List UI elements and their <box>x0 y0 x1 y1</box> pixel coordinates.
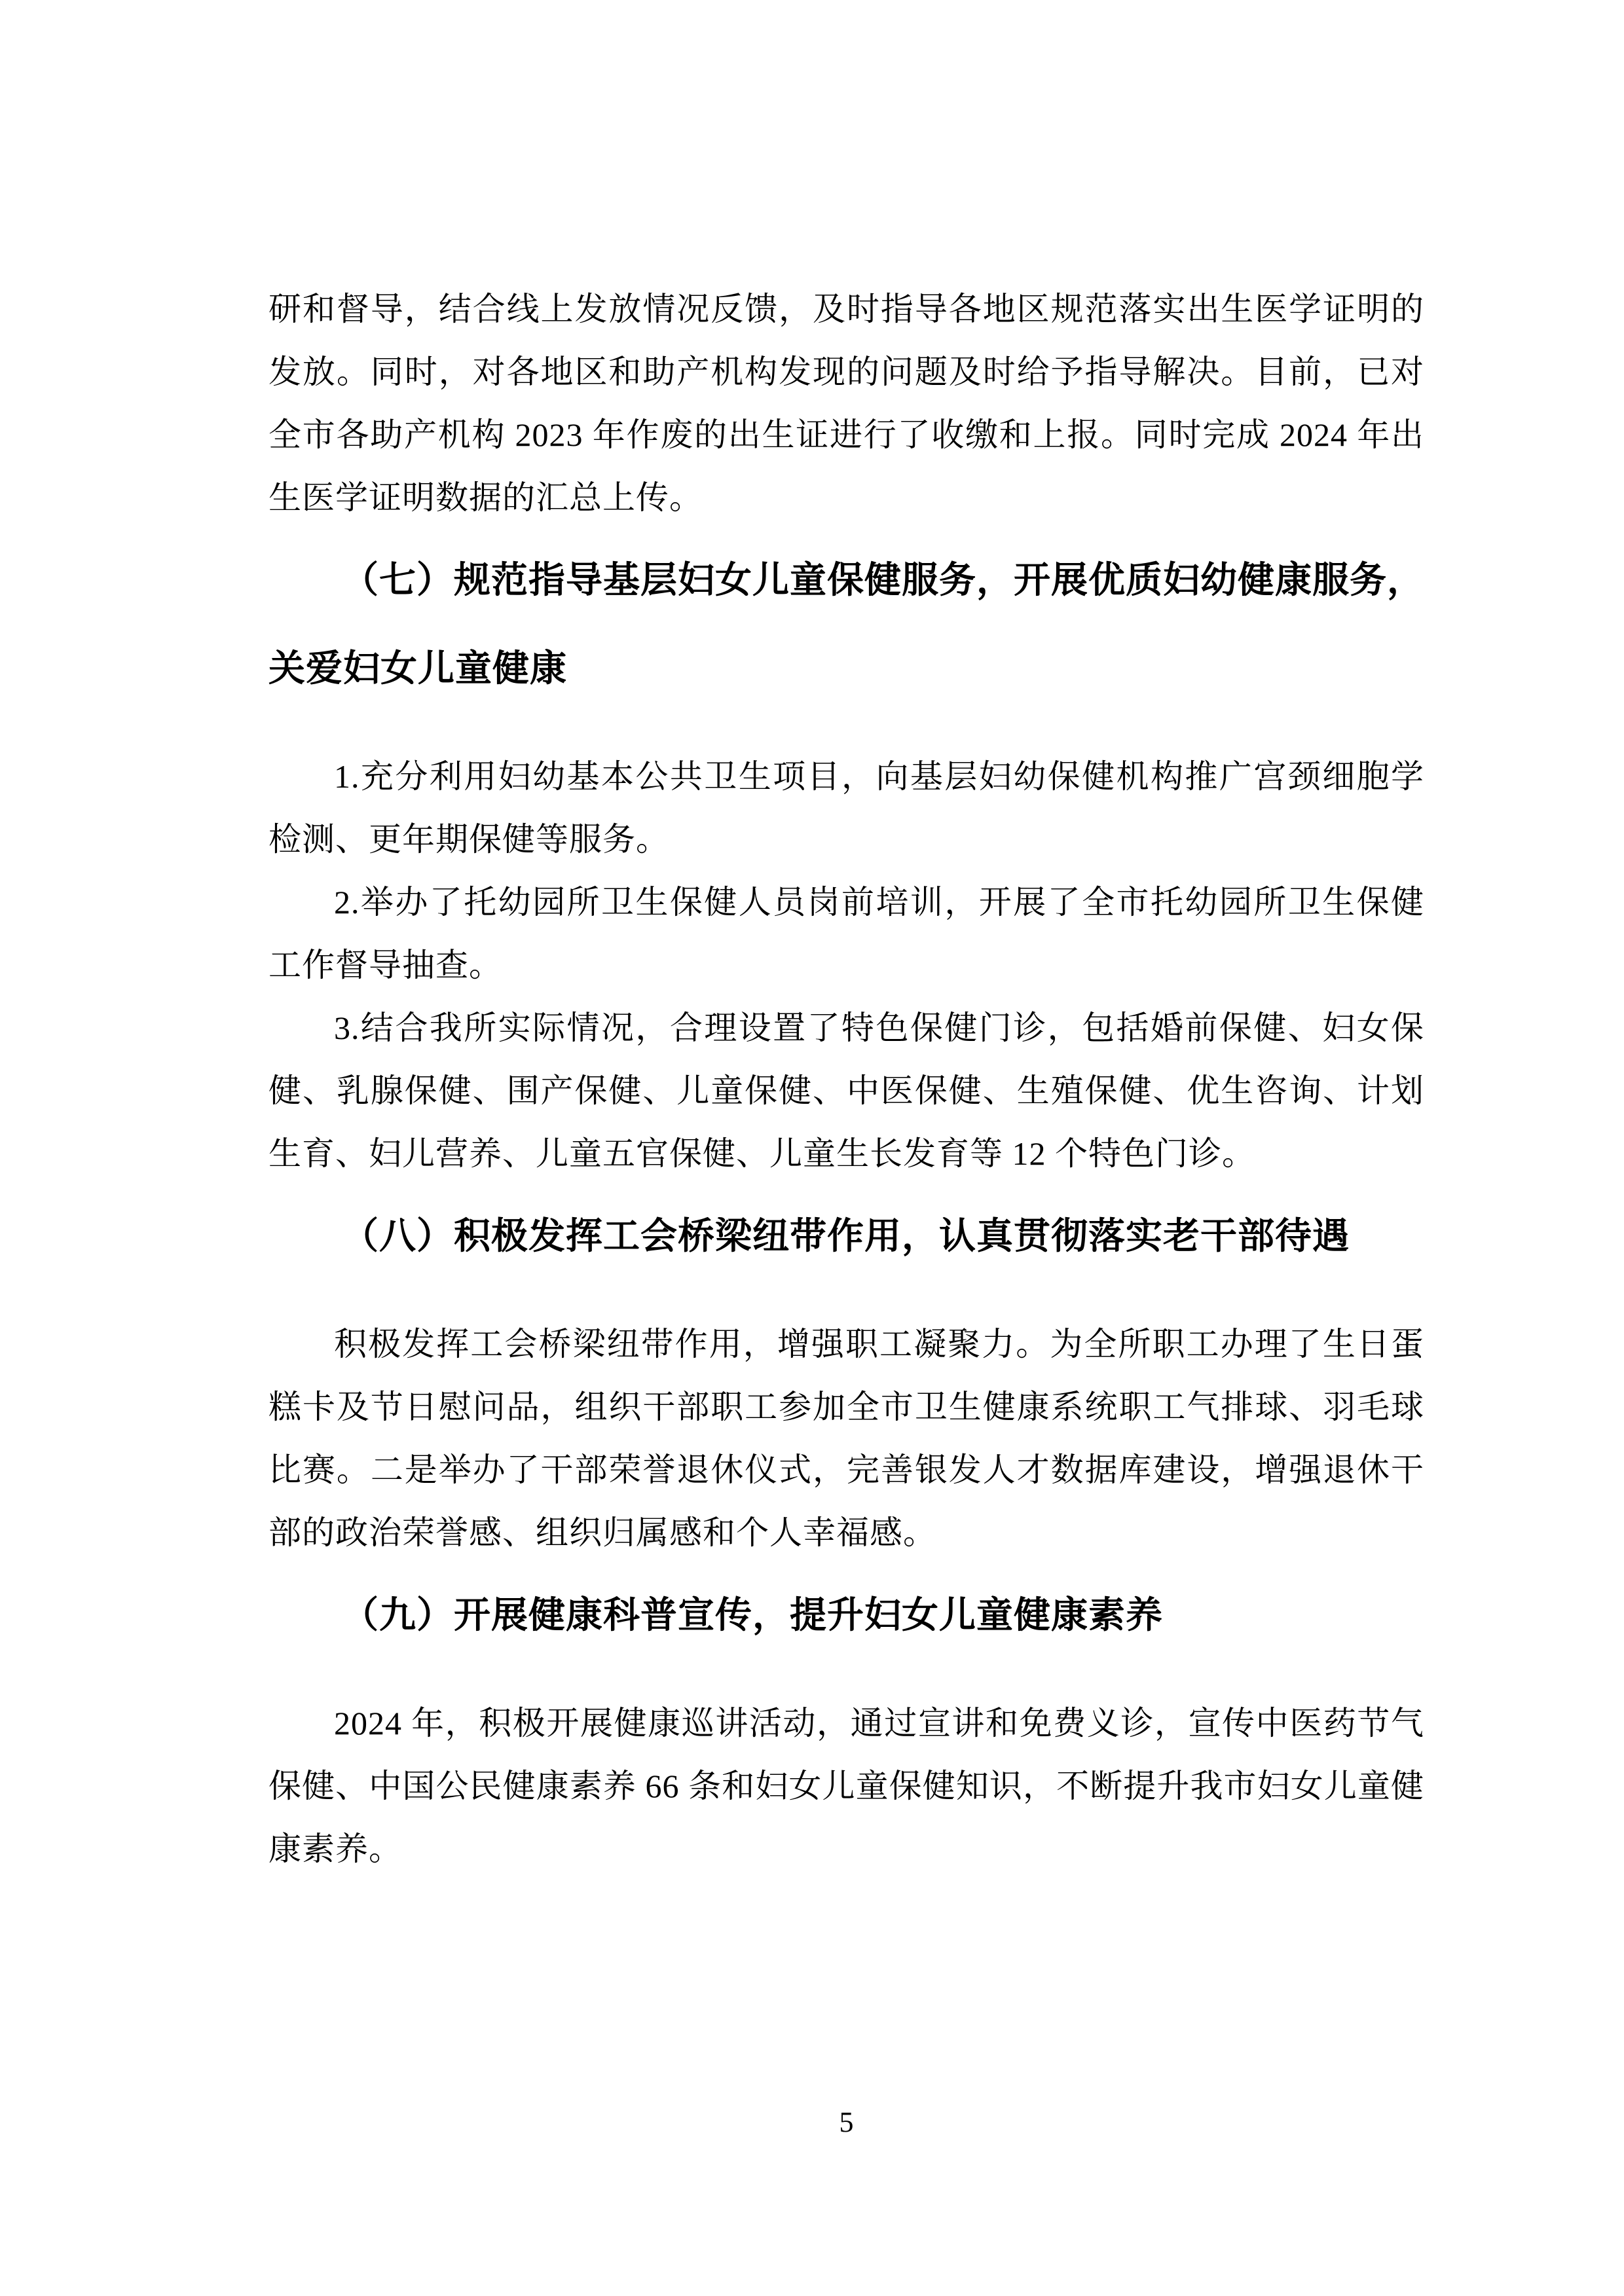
document-body: 研和督导，结合线上发放情况反馈，及时指导各地区规范落实出生医学证明的发放。同时，… <box>268 278 1424 1880</box>
paragraph-8-body: 积极发挥工会桥梁纽带作用，增强职工凝聚力。为全所职工办理了生日蛋糕卡及节日慰问品… <box>268 1313 1424 1564</box>
document-page: 研和督导，结合线上发放情况反馈，及时指导各地区规范落实出生医学证明的发放。同时，… <box>0 0 1624 2296</box>
paragraph-9-body: 2024 年，积极开展健康巡讲活动，通过宣讲和免费义诊，宣传中医药节气保健、中国… <box>268 1692 1424 1880</box>
paragraph-7-item-1: 1.充分利用妇幼基本公共卫生项目，向基层妇幼保健机构推广宫颈细胞学检测、更年期保… <box>268 745 1424 871</box>
paragraph-7-item-3: 3.结合我所实际情况，合理设置了特色保健门诊，包括婚前保健、妇女保健、乳腺保健、… <box>268 996 1424 1185</box>
section-heading-7: （七）规范指导基层妇女儿童保健服务，开展优质妇幼健康服务，关爱妇女儿童健康 <box>268 536 1424 712</box>
page-number: 5 <box>268 2091 1424 2154</box>
section-heading-8: （八）积极发挥工会桥梁纽带作用，认真贯彻落实老干部待遇 <box>268 1192 1424 1280</box>
paragraph-birth-certificate-continuation: 研和督导，结合线上发放情况反馈，及时指导各地区规范落实出生医学证明的发放。同时，… <box>268 278 1424 529</box>
section-heading-9: （九）开展健康科普宣传，提升妇女儿童健康素养 <box>268 1571 1424 1659</box>
paragraph-7-item-2: 2.举办了托幼园所卫生保健人员岗前培训，开展了全市托幼园所卫生保健工作督导抽查。 <box>268 871 1424 996</box>
